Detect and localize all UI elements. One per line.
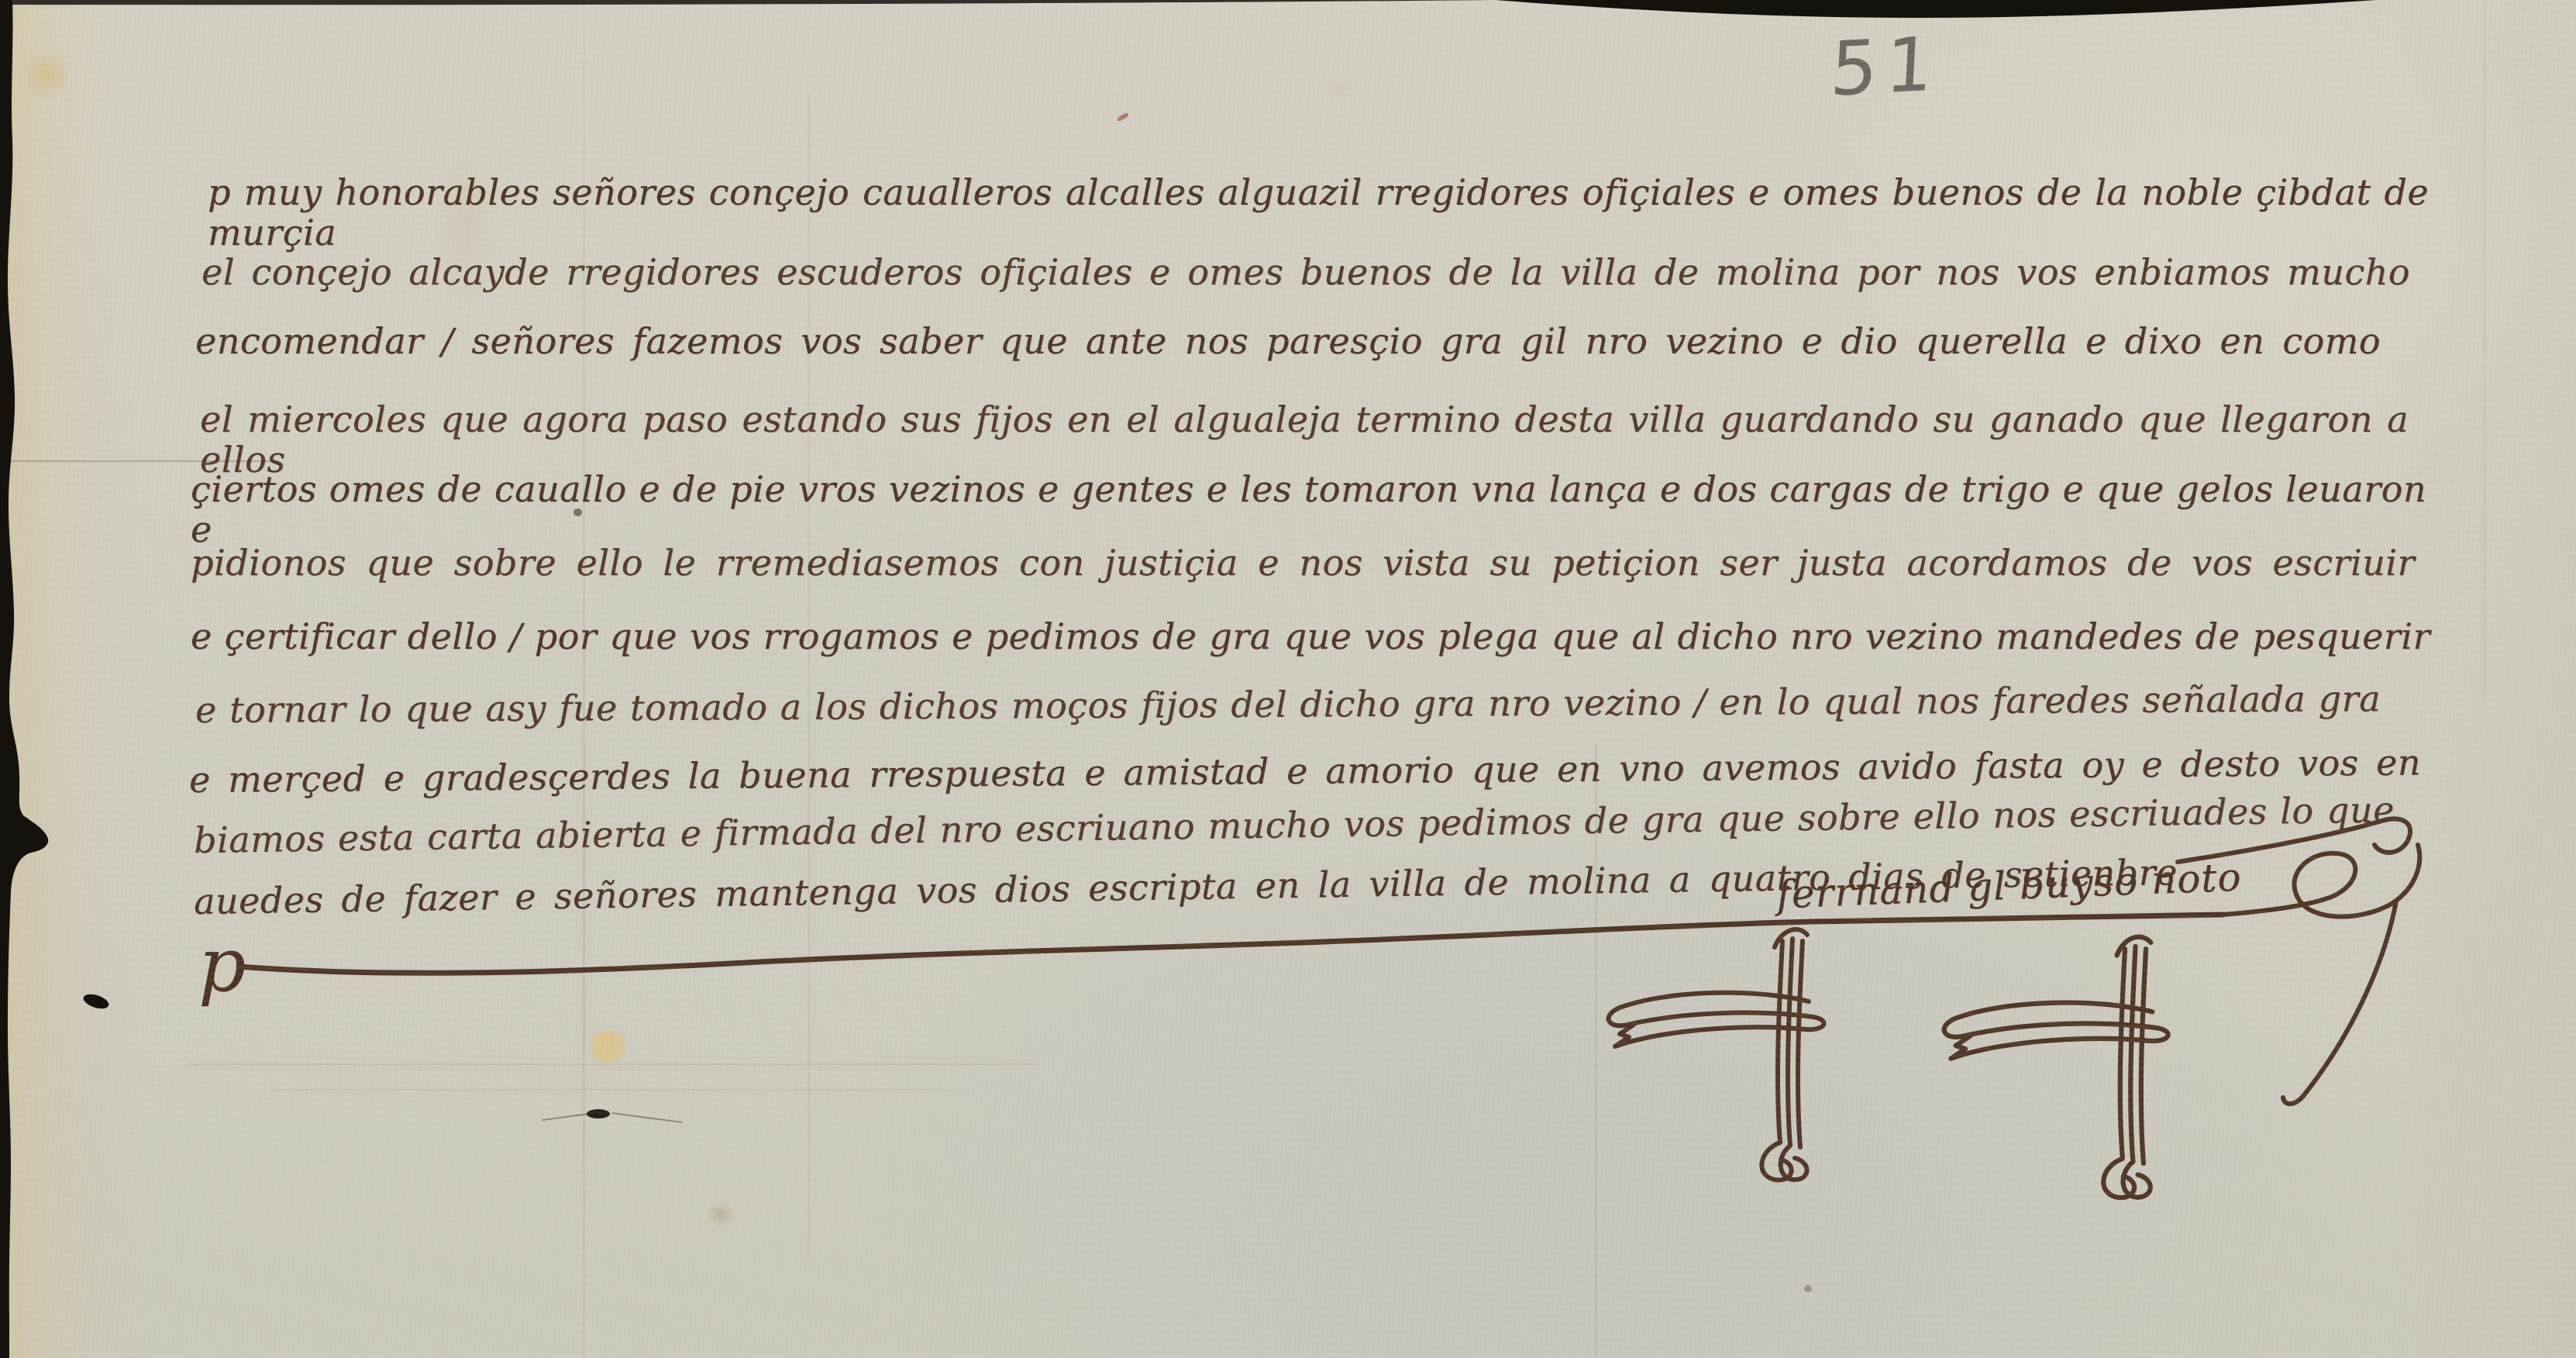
- ink-speck-black: [587, 1109, 610, 1118]
- speck-brown-bottom: [1804, 1285, 1812, 1292]
- crease-crack-strokes: [542, 1113, 682, 1122]
- paraph-mark: p: [198, 922, 246, 1008]
- manuscript-line-9: e merçed e gradesçerdes la buena rrespue…: [189, 742, 2421, 800]
- closing-rule-line: [239, 915, 2223, 973]
- fold-crease-horizontal-lower2: [271, 1089, 969, 1091]
- manuscript-line-8: e tornar lo que asy fue tomado a los dic…: [195, 678, 2381, 730]
- stain-foxing-3: [701, 1198, 740, 1232]
- rubric-flourish-left: [1609, 929, 1824, 1180]
- stain-tan-blob: [583, 1023, 632, 1070]
- archive-number: 51: [1829, 26, 1943, 107]
- manuscript-line-2: el conçejo alcayde rregidores escuderos …: [201, 252, 2410, 292]
- fold-crease-vertical-far-right: [2484, 0, 2486, 698]
- manuscript-line-3: encomendar / señores fazemos vos saber q…: [195, 321, 2381, 361]
- speck-red-top: [1117, 112, 1130, 122]
- manuscript-line-6: pidionos que sobre ello le rremediasemos…: [191, 543, 2415, 583]
- manuscript-line-7: e çertificar dello / por que vos rrogamo…: [191, 616, 2430, 657]
- stain-foxing-2: [1317, 74, 1364, 105]
- manuscript-line-1: p muy honorables señores conçejo caualle…: [208, 172, 2429, 253]
- manuscript-line-5: çiertos omes de cauallo e de pie vros ve…: [191, 469, 2426, 550]
- stain-yellow-left-edge: [14, 40, 81, 109]
- photograph-stage: 51 p muy honorables señores conçejo caua…: [0, 0, 2576, 1358]
- fold-crease-horizontal-lower: [186, 1063, 1038, 1065]
- rubric-flourish-right: [1944, 937, 2168, 1198]
- signature-knot-flourish: [2223, 845, 2419, 1104]
- manuscript-paper: 51 p muy honorables señores conçejo caua…: [0, 0, 2576, 1358]
- manuscript-line-10: biamos esta carta abierta e firmada del …: [194, 789, 2395, 860]
